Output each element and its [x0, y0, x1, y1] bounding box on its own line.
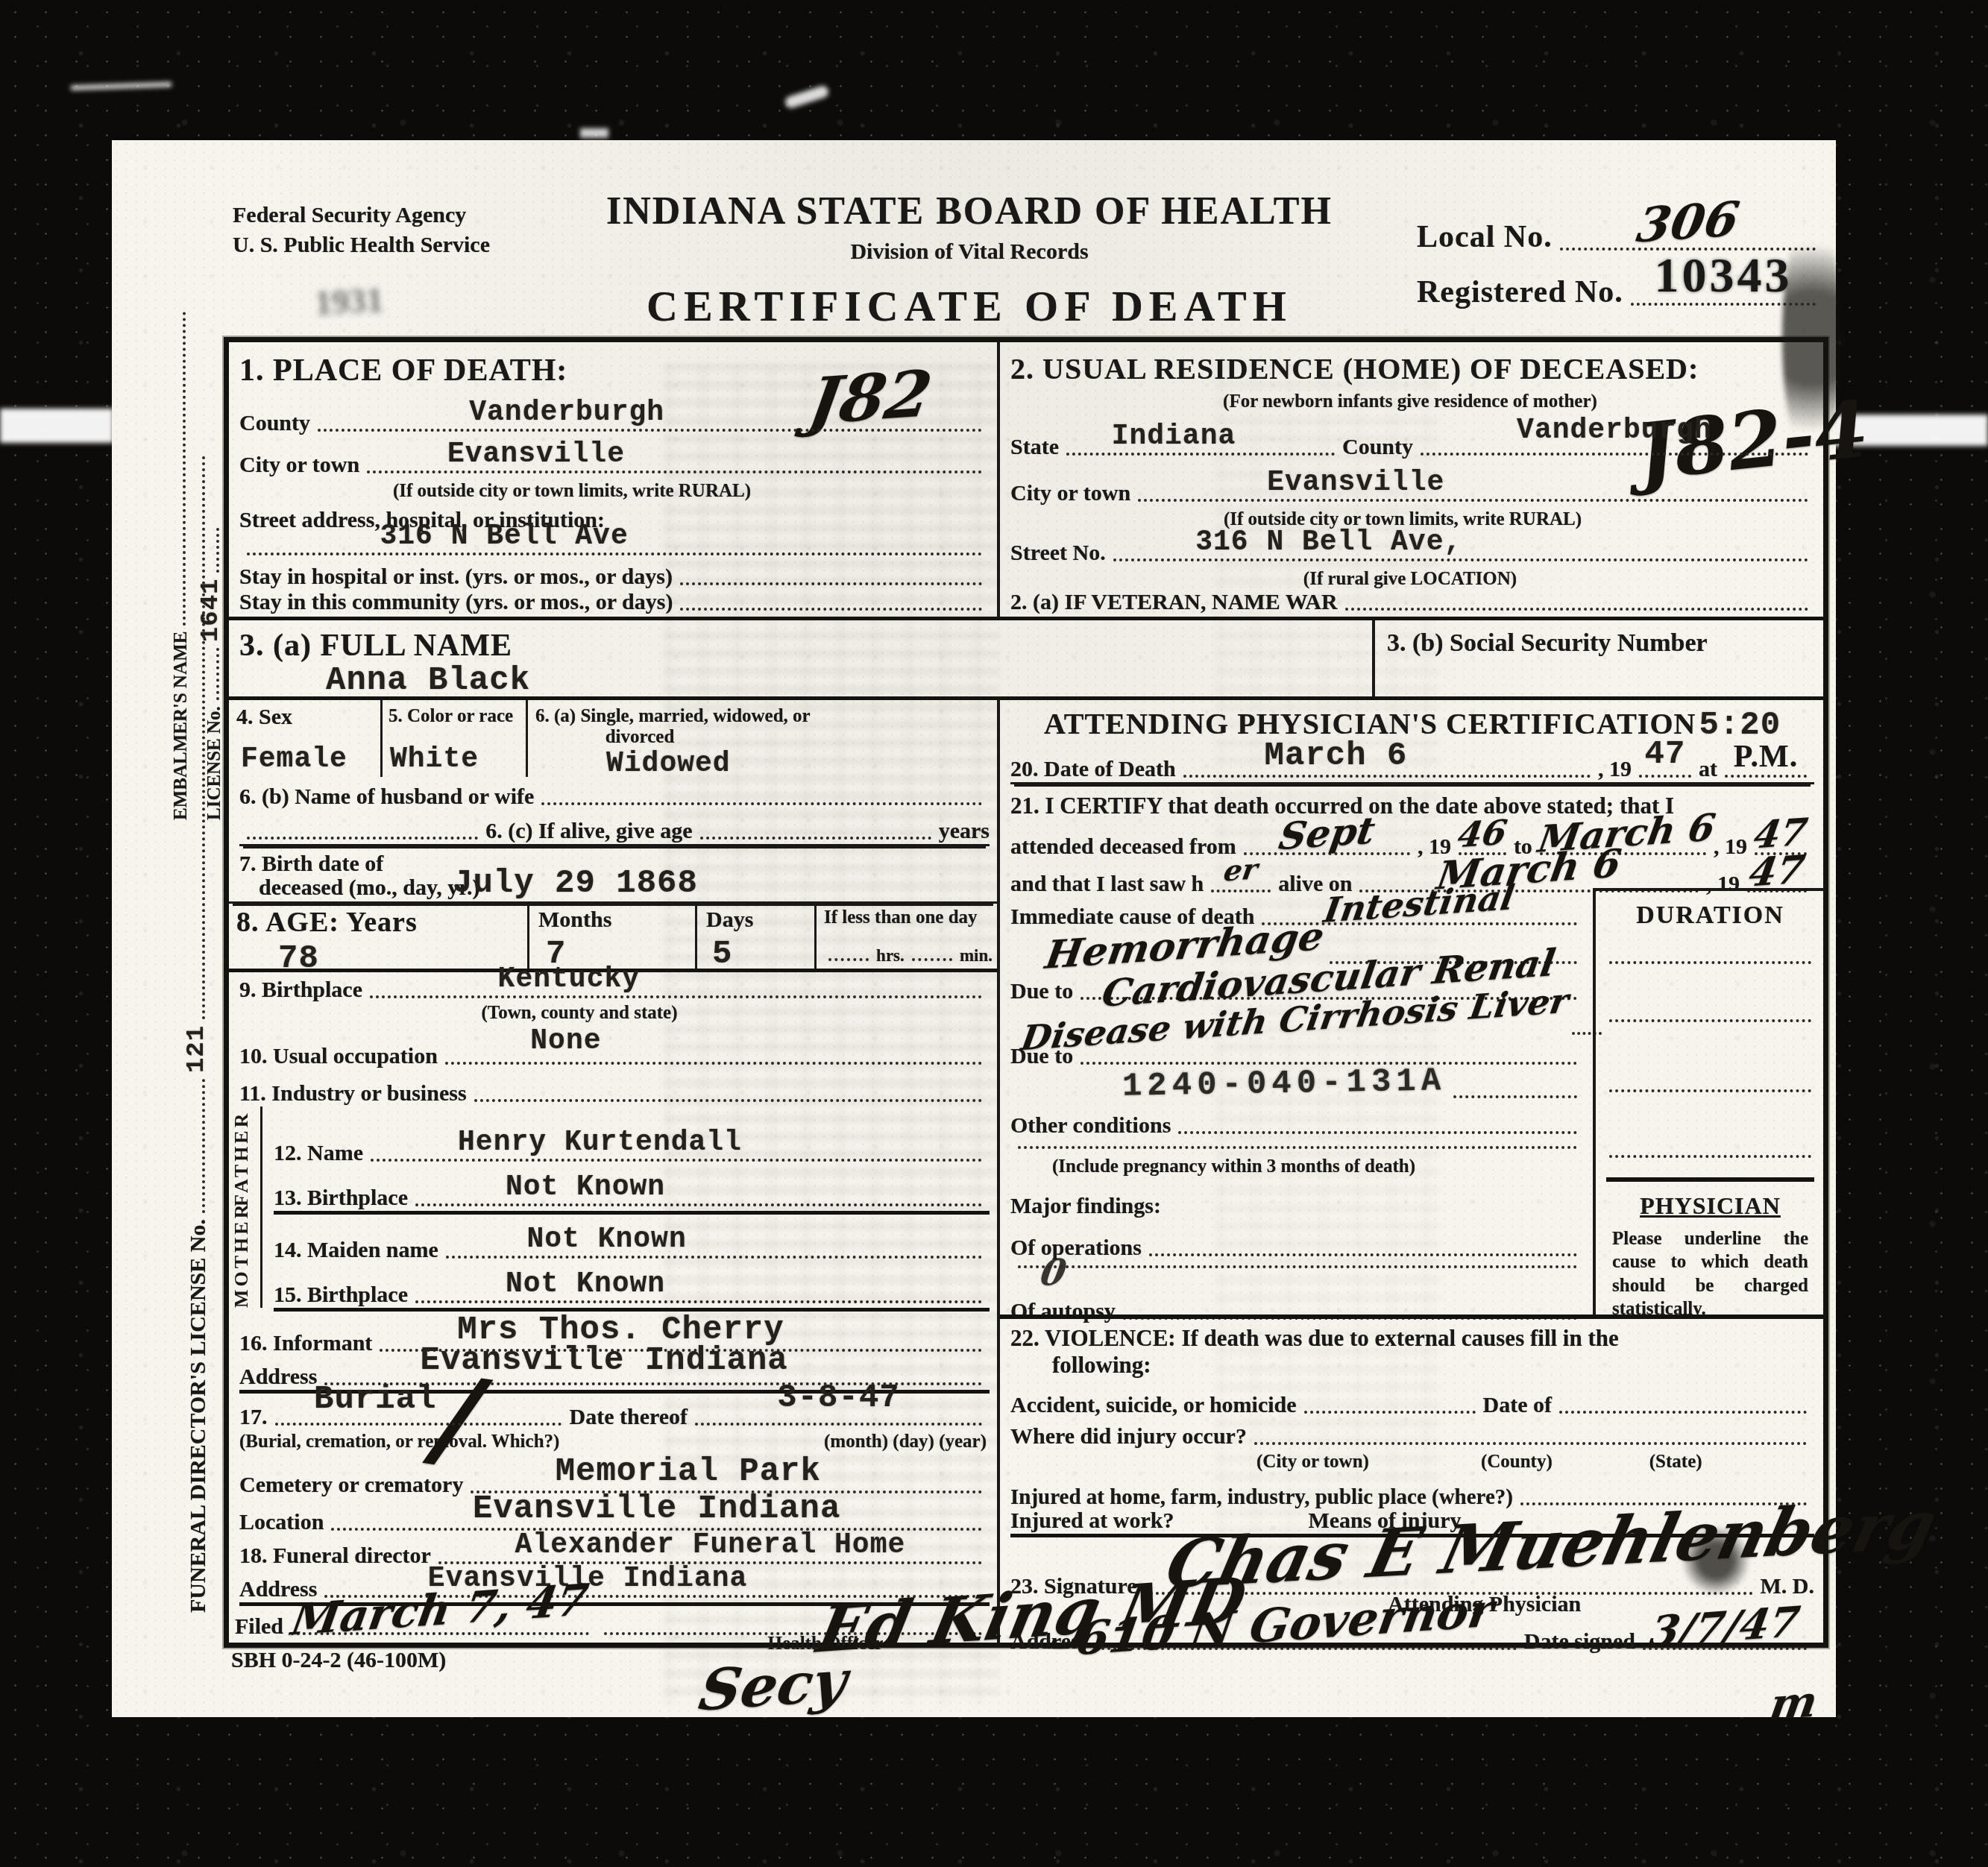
residence-city-line: Evansville	[1138, 491, 1808, 502]
birthplace-value: Kentucky	[156, 963, 982, 995]
hrs-line	[828, 951, 869, 961]
violence-heading2: following:	[1052, 1352, 1825, 1379]
physician-note: Please underline the cause to which deat…	[1612, 1227, 1808, 1320]
where-state-note: (State)	[1649, 1452, 1702, 1473]
of-operations-label: Of operations	[1010, 1235, 1142, 1261]
state-value: Indiana	[1013, 421, 1335, 453]
injured-place-label: Injured at home, farm, industry, public …	[1010, 1485, 1513, 1510]
row-occupation: 10. Usual occupation None	[239, 1023, 990, 1069]
mother-maiden-line: Not Known	[446, 1248, 982, 1259]
location-value: Evansville Indiana	[331, 1490, 982, 1528]
sex-label: 4. Sex	[236, 705, 380, 730]
mother-maiden-value: Not Known	[231, 1224, 982, 1256]
death-date-value: March 6	[1081, 737, 1591, 775]
row-if-alive: 6. (c) If alive, give age years	[239, 810, 990, 846]
division-subtitle: Division of Vital Records	[559, 239, 1380, 265]
left-column: 4. Sex Female 5. Color or race White 6. …	[229, 700, 997, 1643]
death-year-value: 47	[1639, 736, 1691, 773]
other-conditions-label: Other conditions	[1010, 1113, 1171, 1139]
pregnancy-rule	[1018, 1139, 1577, 1149]
residence-street-line: 316 N Bell Ave,	[1113, 551, 1808, 561]
date-of-label: Date of	[1483, 1393, 1552, 1418]
health-officer-title: Health Officer	[691, 1634, 960, 1655]
row-pregnancy-rule	[1010, 1142, 1585, 1153]
father-name-line: Henry Kurtendall	[371, 1151, 982, 1162]
color-race-value: White	[390, 743, 526, 775]
row-spouse: 6. (b) Name of husband or wife	[239, 777, 990, 810]
row-where-notes: (City or town) (County) (State)	[1010, 1447, 1814, 1473]
county-line: Vanderburgh	[318, 421, 982, 432]
row-physician-address: Address 610 N Governor Date signed 3/7/4…	[1010, 1617, 1814, 1655]
full-name-label: 3. (a) FULL NAME	[239, 628, 512, 664]
where-county-note: (County)	[1481, 1452, 1553, 1473]
row-father-name: 12. Name Henry Kurtendall	[274, 1106, 990, 1166]
due-to-2-label: Due to	[1010, 1044, 1073, 1069]
registered-no-line: 10343	[1631, 295, 1816, 306]
alive-units: years	[939, 819, 990, 844]
duration-rule-3	[1609, 1089, 1811, 1092]
ssn-label: 3. (b) Social Security Number	[1387, 629, 1708, 658]
duration-box: DURATION PHYSICIAN Please underline the …	[1593, 888, 1825, 1315]
stay-hospital-label: Stay in hospital or inst. (yrs. or mos.,…	[239, 564, 673, 590]
section-full-name: 3. (a) FULL NAME Anna Black 3. (b) Socia…	[229, 617, 1825, 700]
veteran-label: 2. (a) IF VETERAN, NAME WAR	[1010, 590, 1338, 615]
other-conditions-line	[1178, 1124, 1577, 1134]
date-stamp: 1931	[314, 274, 491, 323]
row-due-to-2-stamp: 1240-040-131A	[1010, 1069, 1585, 1103]
where-injury-label: Where did injury occur?	[1010, 1424, 1247, 1449]
operations-rule2	[1018, 1258, 1577, 1268]
scan-streak-right	[1831, 415, 1988, 446]
residence-street-note: (If rural give LOCATION)	[1186, 569, 1634, 590]
duration-rule-1	[1609, 961, 1811, 964]
date-of-line	[1559, 1403, 1807, 1414]
birthplace-line: Kentucky	[370, 988, 982, 998]
industry-label: 11. Industry or business	[239, 1081, 467, 1106]
certificate-title: CERTIFICATE OF DEATH	[559, 281, 1380, 331]
form-number: SBH 0-24-2 (46-100M)	[231, 1648, 446, 1673]
row-where-injury: Where did injury occur?	[1010, 1420, 1814, 1449]
row-other-conditions: Other conditions	[1010, 1103, 1585, 1139]
full-name-value: Anna Black	[326, 662, 530, 699]
leader-line	[247, 829, 478, 840]
death-date-line: March 6	[1183, 767, 1591, 778]
father-birthplace-line: Not Known	[415, 1196, 982, 1206]
scan-scratch-mid	[580, 128, 608, 138]
disposition-method-value: Burial	[189, 1381, 562, 1418]
where-injury-line	[1254, 1435, 1807, 1445]
city-line: Evansville	[367, 463, 982, 473]
funeral-director-value: Alexander Funeral Home	[438, 1529, 982, 1561]
filed-date-line: March 7, 47	[291, 1625, 589, 1635]
accident-label: Accident, suicide, or homicide	[1010, 1393, 1297, 1418]
due-to-2-stamp-rule	[1453, 1088, 1577, 1098]
location-label: Location	[239, 1510, 324, 1535]
secy-annotation: Secy	[695, 1647, 852, 1723]
stay-community-label: Stay in this community (yrs. or mos., or…	[239, 590, 673, 615]
duration-rule-4	[1609, 1155, 1811, 1158]
row-mother-maiden: 14. Maiden name Not Known	[274, 1211, 990, 1263]
death-ampm-line: P.M.	[1725, 767, 1807, 778]
row-of-operations: Of operations	[1010, 1231, 1585, 1261]
registered-no-value: 10343	[1631, 248, 1816, 304]
alive-label: 6. (c) If alive, give age	[485, 819, 692, 844]
residence-street-value: 316 N Bell Ave,	[849, 526, 1808, 558]
scan-scratch-top	[71, 82, 172, 91]
mother-birthplace-value: Not Known	[189, 1268, 982, 1300]
date-thereof-label: Date thereof	[569, 1405, 688, 1430]
scan-scratch-caret	[784, 84, 830, 110]
color-race-label: 5. Color or race	[389, 706, 526, 727]
injured-place-line	[1520, 1495, 1807, 1505]
marital-label: 6. (a) Single, married, widowed, or	[535, 706, 997, 727]
city-value: Evansville	[90, 438, 982, 470]
of-autopsy-label: Of autopsy	[1010, 1299, 1116, 1324]
section-residence: 2. USUAL RESIDENCE (HOME) OF DECEASED: (…	[997, 342, 1825, 617]
violence-heading: 22. VIOLENCE: If death was due to extern…	[1000, 1325, 1825, 1379]
birthdate-label1: 7. Birth date of	[239, 851, 383, 877]
last-saw-er: er	[1208, 851, 1274, 888]
spouse-line	[541, 795, 982, 805]
corner-mark: m	[1767, 1676, 1821, 1730]
of-operations-line	[1149, 1246, 1577, 1256]
certificate-paper: EMBALMER'S NAME LICENSE No. 1641 FUNERAL…	[112, 140, 1836, 1717]
death-ampm-value: P.M.	[1725, 739, 1807, 775]
row-industry: 11. Industry or business	[239, 1069, 990, 1106]
place-of-death-heading: 1. PLACE OF DEATH:	[239, 353, 567, 388]
form-box: 1. PLACE OF DEATH: J82 County Vanderburg…	[224, 337, 1828, 1648]
date-thereof-line: 3-8-47	[695, 1415, 982, 1426]
alive-line	[700, 829, 931, 840]
row-accident: Accident, suicide, or homicide Date of	[1010, 1384, 1814, 1418]
last-saw-label: and that I last saw h	[1010, 872, 1204, 897]
row-birthdate: 7. Birth date of deceased (mo., day, yr.…	[229, 844, 997, 904]
right-column: ATTENDING PHYSICIAN'S CERTIFICATION 5:20…	[997, 700, 1825, 1643]
marital-label2: divorced	[528, 727, 752, 748]
mother-birthplace-line: Not Known	[415, 1293, 982, 1303]
date-thereof-value: 3-8-47	[695, 1379, 982, 1417]
spouse-label: 6. (b) Name of husband or wife	[239, 784, 534, 810]
row-disposition: / 17. Burial Date thereof 3-8-47	[229, 1390, 997, 1457]
injured-work-label: Injured at work?	[1010, 1508, 1174, 1534]
registered-no-label: Registered No.	[1417, 274, 1623, 310]
min-line	[912, 951, 952, 961]
filed-label: Filed	[235, 1614, 283, 1640]
cause-code-stamp: 1240-040-131A	[1122, 1062, 1447, 1106]
physician-divider	[1606, 1177, 1814, 1182]
age-label: 8. AGE: Years	[236, 906, 527, 939]
sex-value: Female	[241, 743, 380, 775]
where-city-note: (City or town)	[1256, 1452, 1369, 1473]
row-of-autopsy: Of autopsy	[1010, 1300, 1585, 1324]
form-header: Federal Security Agency U. S. Public Hea…	[224, 189, 1828, 337]
death-year-line: 47	[1639, 767, 1691, 778]
violence-heading1: 22. VIOLENCE: If death was due to extern…	[1010, 1325, 1825, 1352]
row-mother-birthplace: 15. Birthplace Not Known	[274, 1263, 990, 1312]
row-sex-color-marital: 4. Sex Female 5. Color or race White 6. …	[229, 700, 997, 777]
dotted-rule	[210, 648, 219, 700]
row-age: 8. AGE: Years 78 Months 7 Days 5 If le	[229, 901, 997, 972]
last-saw-er-line: er	[1211, 882, 1271, 892]
duration-rule-2	[1609, 1019, 1811, 1022]
informant-address-value: Evansville Indiana	[226, 1342, 982, 1379]
certification-heading: ATTENDING PHYSICIAN'S CERTIFICATION	[1044, 707, 1696, 740]
row-due-to-1b: Disease with Cirrhosis Liver	[1010, 1006, 1585, 1039]
birthplace-note: (Town, county and state)	[386, 1003, 773, 1024]
physician-title: PHYSICIAN	[1596, 1192, 1825, 1220]
death-year-prefix: , 19	[1598, 757, 1632, 782]
age-months-label: Months	[538, 907, 695, 933]
due-to-2-line	[1080, 1054, 1577, 1065]
residence-county-label: County	[1342, 435, 1413, 460]
city-note: (If outside city or town limits, write R…	[303, 481, 840, 502]
industry-line	[474, 1092, 982, 1102]
date-signed-label: Date signed	[1524, 1629, 1635, 1655]
accident-line	[1304, 1403, 1476, 1414]
section-place-of-death: 1. PLACE OF DEATH: J82 County Vanderburg…	[229, 342, 997, 617]
physician-address-line: 610 N Governor	[1095, 1640, 1516, 1650]
duration-label: DURATION	[1596, 901, 1825, 930]
row-birthplace: 9. Birthplace Kentucky (Town, county and…	[229, 969, 997, 1023]
stay-community-line	[680, 600, 982, 611]
state-line: Indiana	[1066, 445, 1335, 456]
county-value: Vanderburgh	[151, 397, 982, 429]
board-title: INDIANA STATE BOARD OF HEALTH	[559, 189, 1380, 233]
street-value: 316 N Bell Ave	[26, 520, 982, 552]
father-name-value: Henry Kurtendall	[218, 1127, 982, 1159]
row-father-birthplace: 13. Birthplace Not Known	[274, 1166, 990, 1215]
due-to-1-label: Due to	[1010, 979, 1073, 1004]
cemetery-value: Memorial Park	[394, 1453, 982, 1490]
residence-county-value: Vanderburgh	[1421, 415, 1808, 447]
age-days-label: Days	[706, 907, 814, 933]
attended-to-year-prefix: , 19	[1714, 834, 1747, 860]
local-no-label: Local No.	[1417, 219, 1553, 255]
occupation-line: None	[445, 1054, 982, 1065]
means-of-injury-label: Means of injury	[1308, 1508, 1461, 1534]
row-date-of-death: 20. Date of Death March 6 , 19 47 at P.M…	[1010, 746, 1814, 784]
occupation-value: None	[150, 1025, 982, 1057]
disposition-method-line: Burial	[275, 1415, 562, 1426]
residence-subnote: (For newborn infants give residence of m…	[1112, 391, 1708, 412]
residence-heading: 2. USUAL RESIDENCE (HOME) OF DECEASED:	[1010, 351, 1699, 386]
agency-line2: U. S. Public Health Service	[233, 233, 490, 258]
disposition-method-note: (Burial, cremation, or removal. Which?)	[239, 1432, 559, 1452]
row-injured-place: Injured at home, farm, industry, public …	[1010, 1476, 1814, 1510]
row-operations-rule2	[1010, 1262, 1585, 1273]
agency-line1: Federal Security Agency	[233, 203, 490, 228]
violence-divider	[1000, 1315, 1825, 1319]
death-at-label: at	[1699, 757, 1717, 782]
stay-hospital-line	[680, 575, 982, 585]
scanned-death-certificate: EMBALMER'S NAME LICENSE No. 1641 FUNERAL…	[0, 0, 1988, 1867]
residence-county-line: Vanderburgh	[1421, 445, 1808, 456]
birthdate-label2: deceased (mo., day, yr.)	[259, 875, 479, 901]
main-band: 4. Sex Female 5. Color or race White 6. …	[229, 700, 1825, 1643]
marital-value: Widowed	[606, 748, 997, 780]
attended-label: attended deceased from	[1010, 834, 1236, 860]
father-birthplace-value: Not Known	[189, 1171, 982, 1203]
date-thereof-note: (month) (day) (year)	[824, 1432, 987, 1452]
veteran-line	[1345, 600, 1808, 611]
residence-city-value: Evansville	[904, 467, 1809, 499]
signature-label: 23. Signature	[1010, 1574, 1136, 1599]
age-less-label: If less than one day	[824, 907, 997, 928]
birthdate-value: July 29 1868	[453, 865, 698, 902]
date-signed-line: 3/7/47	[1643, 1640, 1807, 1650]
